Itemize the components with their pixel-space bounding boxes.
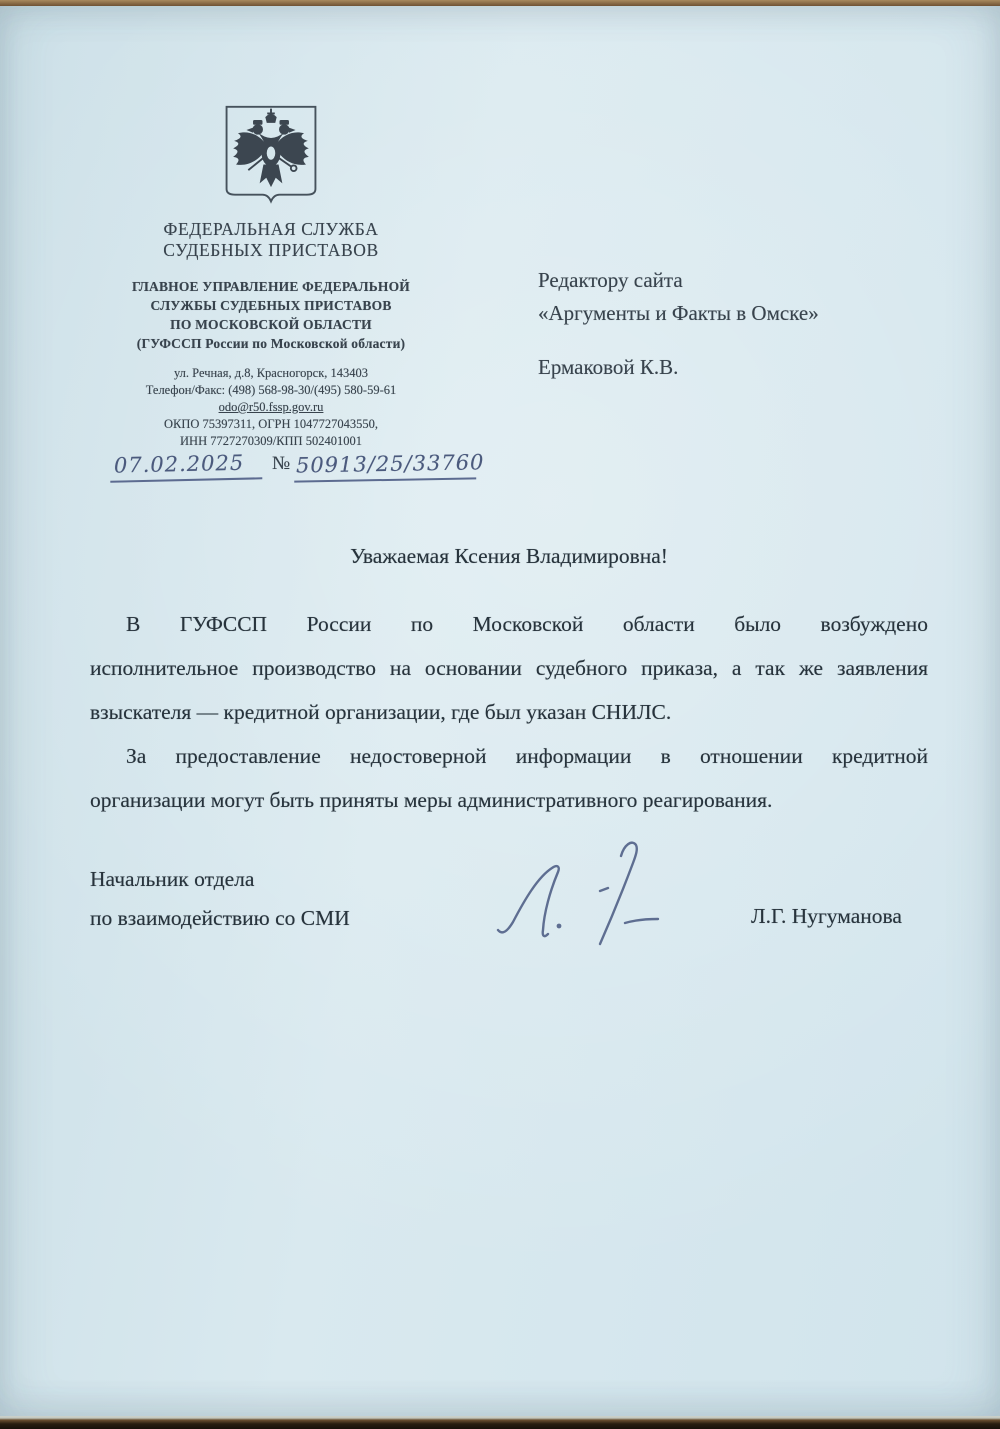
coat-of-arms-eagle-icon — [221, 103, 321, 207]
salutation: Уважаемая Ксения Владимировна! — [90, 544, 928, 569]
email-address: odo@r50.fssp.gov.ru — [219, 400, 324, 414]
body-line: За предоставление недостоверной информац… — [90, 734, 928, 778]
service-name-line: СУДЕБНЫХ ПРИСТАВОВ — [85, 240, 457, 261]
signer-name: Л.Г. Нугуманова — [751, 904, 902, 929]
department-line: ПО МОСКОВСКОЙ ОБЛАСТИ — [85, 315, 457, 334]
body-line: организации могут быть приняты меры адми… — [90, 778, 928, 822]
handwritten-outgoing-number: 50913/25/33760 — [294, 450, 476, 482]
service-name: ФЕДЕРАЛЬНАЯ СЛУЖБА СУДЕБНЫХ ПРИСТАВОВ — [85, 219, 457, 261]
department-line: СЛУЖБЫ СУДЕБНЫХ ПРИСТАВОВ — [85, 296, 457, 315]
okpo-ogrn: ОКПО 75397311, ОГРН 1047727043550, — [85, 416, 457, 433]
number-sign: № — [272, 453, 290, 474]
recipient-name: Ермаковой К.В. — [538, 351, 958, 384]
reference-line: 07.02.2025№50913/25/33760 — [110, 452, 476, 481]
department-line: ГЛАВНОЕ УПРАВЛЕНИЕ ФЕДЕРАЛЬНОЙ — [85, 277, 457, 296]
scanned-letter-photo: ФЕДЕРАЛЬНАЯ СЛУЖБА СУДЕБНЫХ ПРИСТАВОВ ГЛ… — [0, 0, 1000, 1429]
body-line: исполнительное производство на основании… — [90, 646, 928, 690]
handwritten-signature — [490, 834, 720, 974]
letter-page: ФЕДЕРАЛЬНАЯ СЛУЖБА СУДЕБНЫХ ПРИСТАВОВ ГЛ… — [0, 6, 1000, 1416]
letterhead: ФЕДЕРАЛЬНАЯ СЛУЖБА СУДЕБНЫХ ПРИСТАВОВ ГЛ… — [85, 103, 457, 450]
signer-position-line: Начальник отдела — [90, 860, 350, 899]
handwritten-date: 07.02.2025 — [110, 450, 263, 482]
recipient-block: Редактору сайта «Аргументы и Факты в Омс… — [538, 264, 958, 384]
department-line: (ГУФССП России по Московской области) — [85, 334, 457, 353]
signer-position-line: по взаимодействию со СМИ — [90, 899, 350, 938]
recipient-line: «Аргументы и Факты в Омске» — [538, 297, 958, 330]
service-name-line: ФЕДЕРАЛЬНАЯ СЛУЖБА — [85, 219, 457, 240]
body-line: взыскателя — кредитной организации, где … — [90, 690, 928, 734]
table-surface-bottom — [0, 1416, 1000, 1429]
signer-position: Начальник отдела по взаимодействию со СМ… — [90, 860, 350, 938]
street-address: ул. Речная, д.8, Красногорск, 143403 — [85, 365, 457, 382]
inn-kpp: ИНН 7727270309/КПП 502401001 — [85, 433, 457, 450]
phone-fax: Телефон/Факс: (498) 568-98-30/(495) 580-… — [85, 382, 457, 399]
body-line: В ГУФССП России по Московской области бы… — [90, 602, 928, 646]
department-name: ГЛАВНОЕ УПРАВЛЕНИЕ ФЕДЕРАЛЬНОЙ СЛУЖБЫ СУ… — [85, 277, 457, 353]
recipient-line: Редактору сайта — [538, 264, 958, 297]
contact-block: ул. Речная, д.8, Красногорск, 143403 Тел… — [85, 365, 457, 450]
letter-body: В ГУФССП России по Московской области бы… — [90, 602, 928, 822]
